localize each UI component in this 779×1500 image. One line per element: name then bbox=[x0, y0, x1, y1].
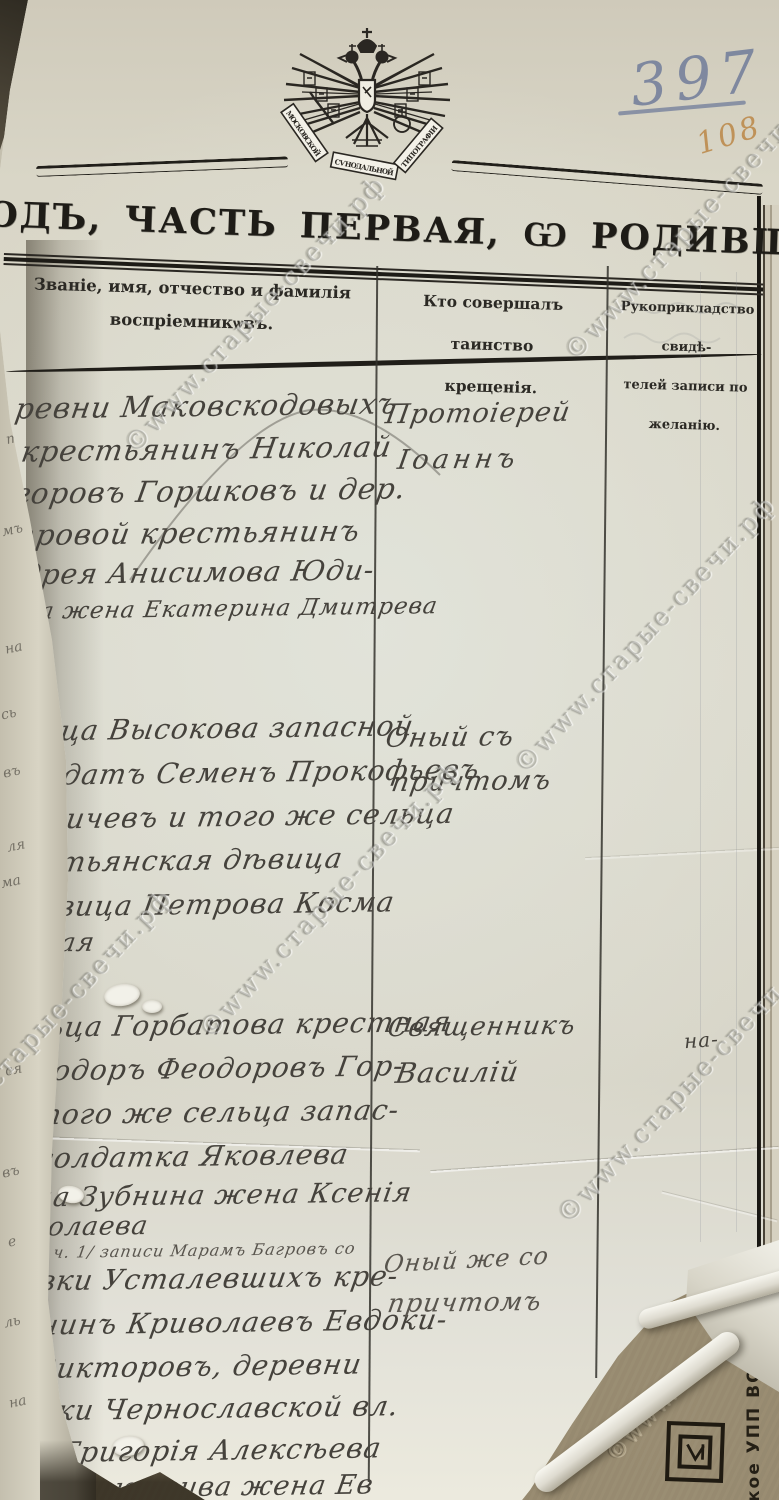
metric-book-scan: ©www.старые-свечи.рф кое УПП ВОС ть мъ н… bbox=[0, 0, 779, 1500]
entry4-celebrant-line: Оный же со bbox=[382, 1242, 550, 1279]
margin-fragment: ль bbox=[3, 1312, 23, 1331]
entry4-godparents-line: евки Усталевшихъ кре- bbox=[19, 1259, 401, 1297]
entry3-godparents-line: ена Зубнина жена Ксенія bbox=[15, 1177, 414, 1213]
frame-rule-left bbox=[36, 156, 288, 177]
column-divider-2 bbox=[595, 266, 609, 1378]
torn-paper-spot bbox=[103, 982, 142, 1009]
metric-book-page: МОСКОВСКОЙ СѴНОДАЛЬНОЙ ТИПОГРАФІИ ОДЪ, Ч… bbox=[0, 0, 779, 1500]
entry4-godparents-line: а Викторовъ, деревни bbox=[5, 1348, 365, 1386]
paper-crease bbox=[585, 847, 779, 860]
vos-stamp-logo bbox=[665, 1421, 725, 1483]
margin-fragment: сь bbox=[0, 705, 18, 724]
column-header-line: Кто совершалъ таинство bbox=[387, 279, 597, 369]
check-mark-icon bbox=[684, 1441, 707, 1464]
faint-guideline bbox=[700, 272, 701, 1242]
entry3-celebrant-line: Василій bbox=[393, 1055, 521, 1090]
imperial-eagle-emblem: МОСКОВСКОЙ СѴНОДАЛЬНОЙ ТИПОГРАФІИ bbox=[262, 24, 472, 189]
entry4-celebrant-line: причтомъ bbox=[385, 1287, 544, 1319]
entry3-celebrant-line: Священникъ bbox=[385, 1011, 578, 1044]
entry4-godparents-line: ач. ч. 1/ записи Марамъ Багровъ со bbox=[18, 1239, 357, 1263]
column-header-line: телей записи по желанію. bbox=[606, 365, 764, 447]
entry3-godparents-line: Феодоръ Феодоровъ Гор- bbox=[9, 1049, 407, 1087]
column-header-godparents: Званіе, имя, отчество и фамилія воспріем… bbox=[15, 267, 369, 343]
entry2-godparents-line: льца Высокова запасной bbox=[23, 709, 417, 747]
entry2-celebrant-line: Оный съ bbox=[383, 721, 516, 754]
page-stack-right-edge bbox=[763, 205, 779, 1260]
entry3-godparents-line: о солдатка Яковлева bbox=[7, 1138, 351, 1176]
vos-stamp-inner-square bbox=[677, 1434, 712, 1469]
faint-guideline bbox=[736, 272, 737, 1232]
entry4-godparents-line: дянинъ Криволаевъ Евдоки- bbox=[0, 1303, 450, 1342]
entry3-godparents-line: и того же сельца запас- bbox=[3, 1093, 402, 1131]
